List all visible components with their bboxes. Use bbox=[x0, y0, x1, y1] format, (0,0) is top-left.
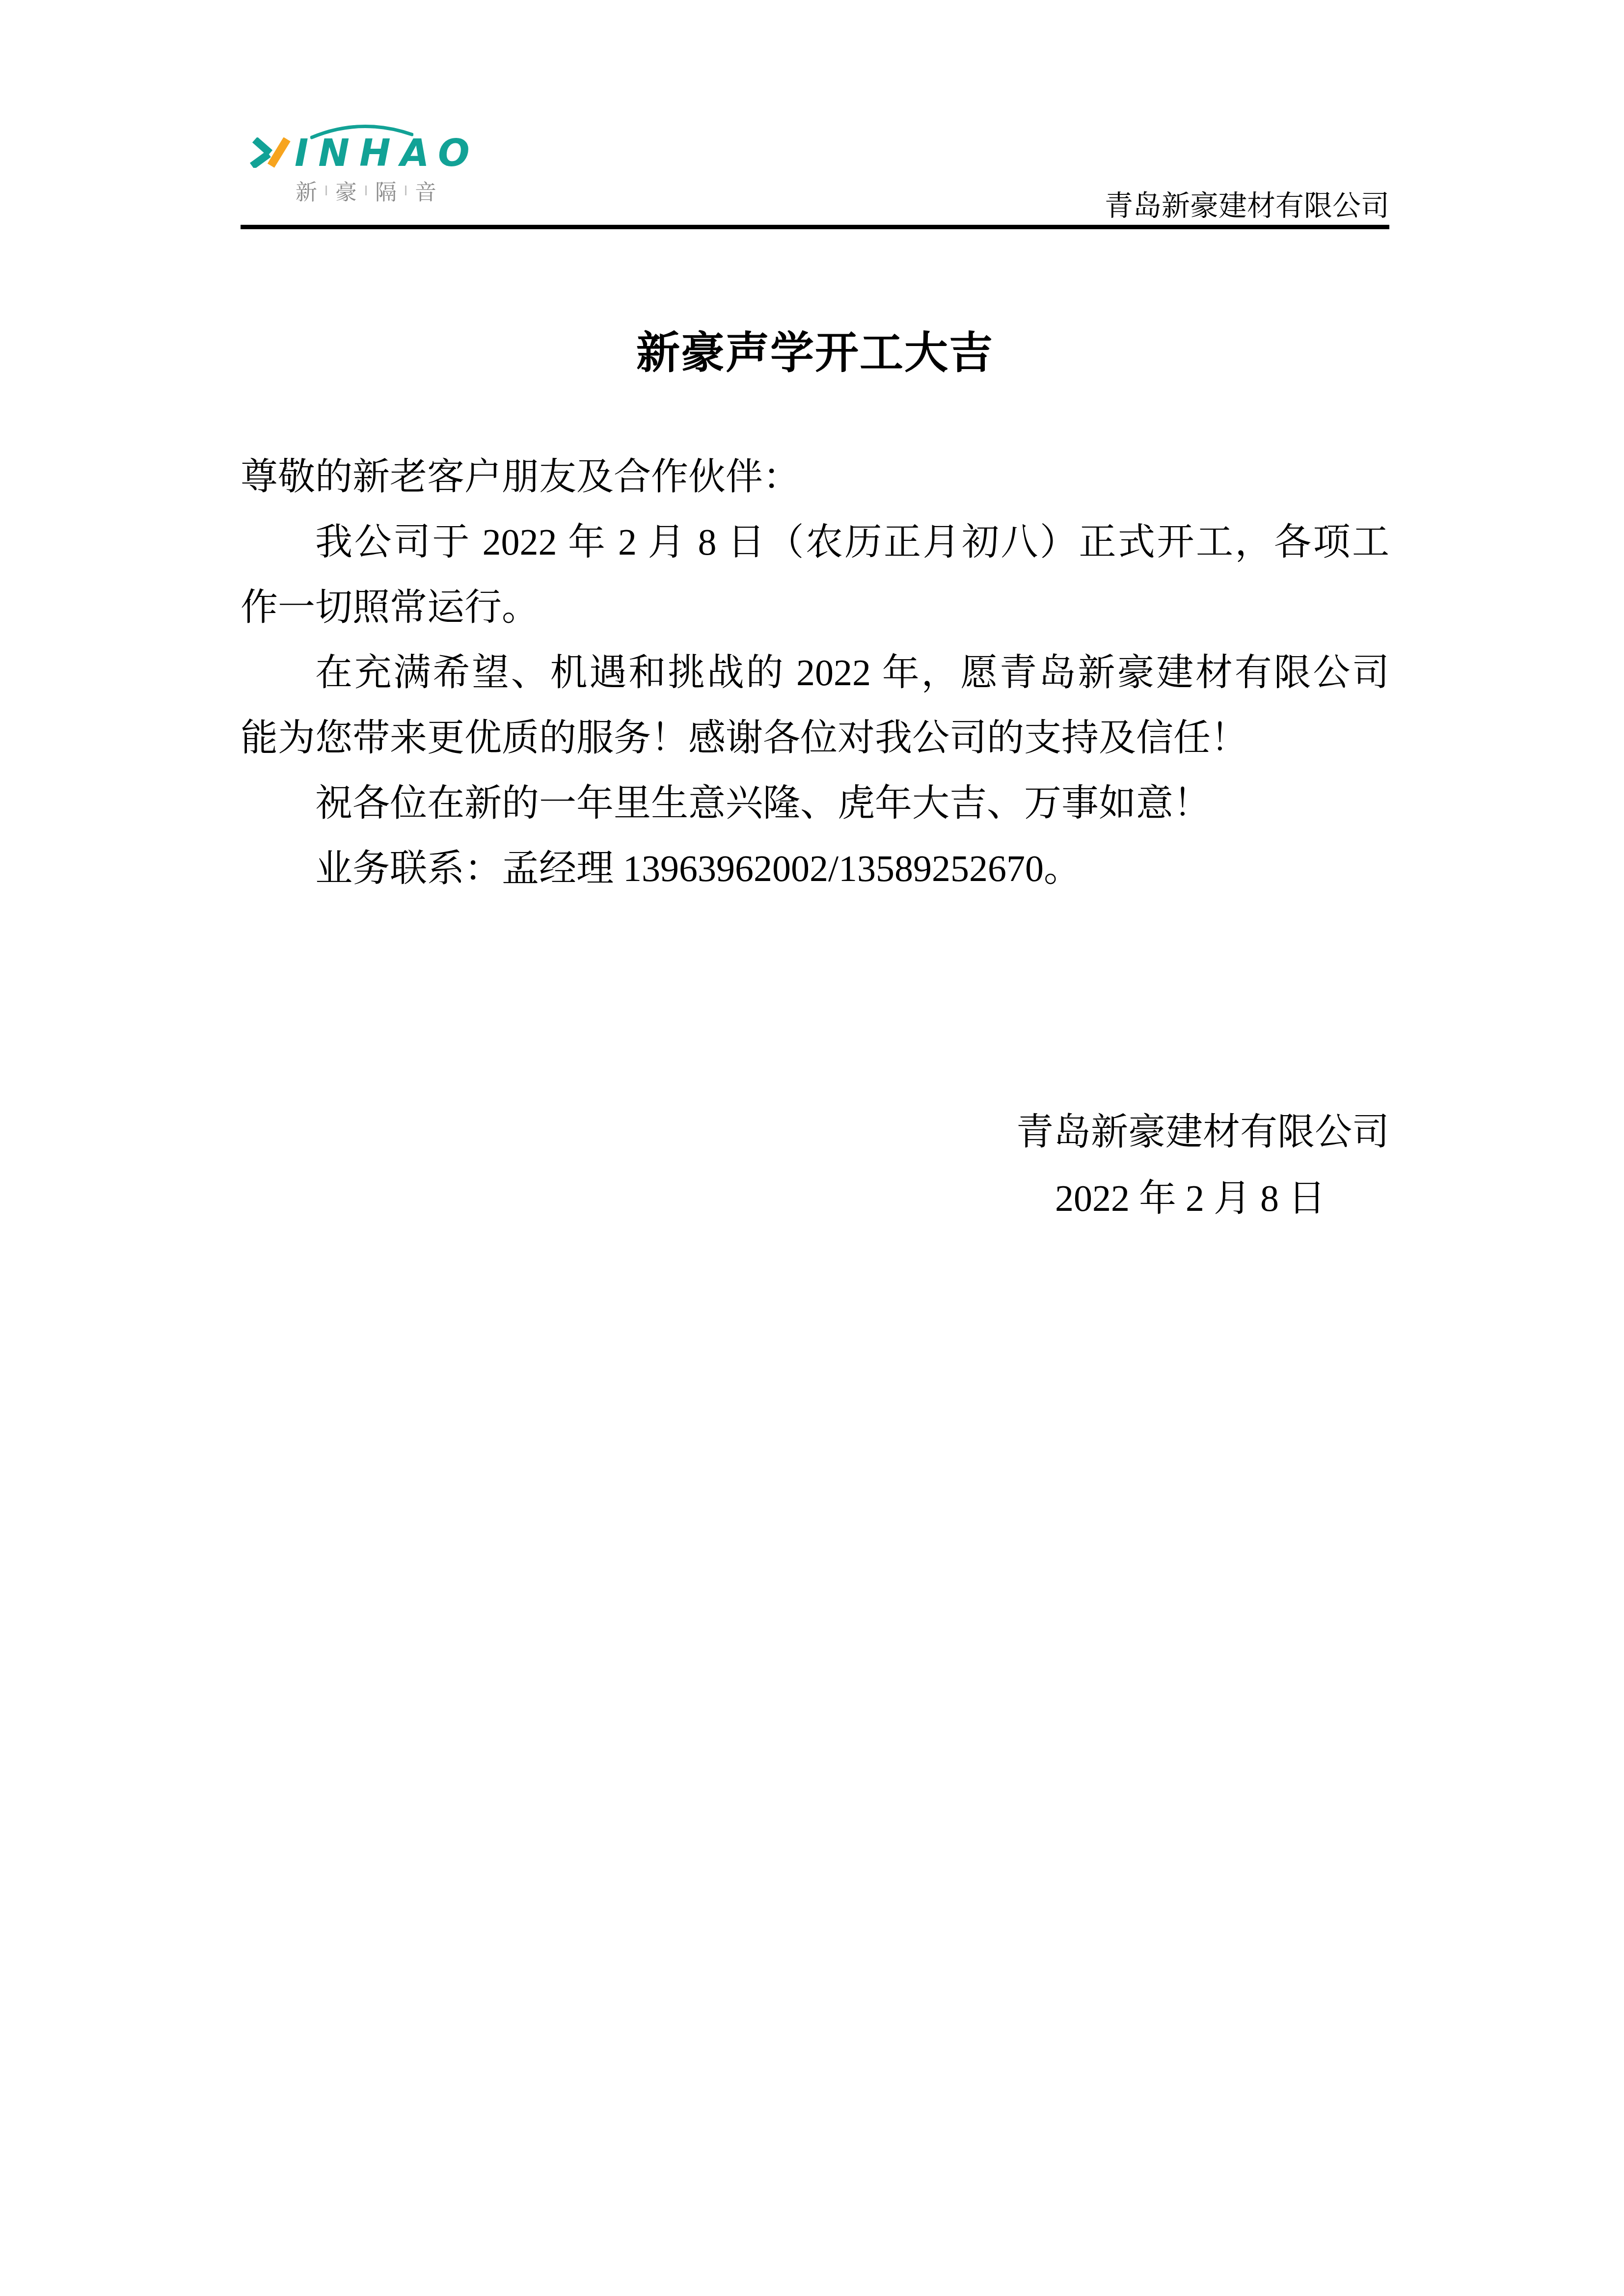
brand-x-icon bbox=[247, 137, 293, 168]
body-line: 我公司于 2022 年 2 月 8 日（农历正月初八）正式开工，各项工 bbox=[241, 510, 1389, 575]
body-line: 能为您带来更优质的服务！感谢各位对我公司的支持及信任！ bbox=[241, 706, 1389, 771]
body-line: 祝各位在新的一年里生意兴隆、虎年大吉、万事如意！ bbox=[241, 771, 1389, 836]
page-header: INHAO 新 豪 隔 音 青岛新豪建材有限公司 bbox=[241, 113, 1389, 229]
body-line: 在充满希望、机遇和挑战的 2022 年，愿青岛新豪建材有限公司 bbox=[241, 641, 1389, 706]
body-line: 业务联系：孟经理 13963962002/13589252670。 bbox=[241, 836, 1389, 902]
brand-text: INHAO bbox=[295, 138, 480, 168]
tagline-separator bbox=[325, 186, 327, 195]
tagline-char: 新 bbox=[296, 175, 317, 206]
tagline-char: 隔 bbox=[375, 175, 397, 206]
brand-wordmark: INHAO bbox=[247, 137, 480, 168]
tagline-separator bbox=[365, 186, 367, 195]
body-line: 作一切照常运行。 bbox=[241, 575, 1389, 641]
letter-body: 尊敬的新老客户朋友及合作伙伴： 我公司于 2022 年 2 月 8 日（农历正月… bbox=[241, 445, 1389, 902]
body-line: 尊敬的新老客户朋友及合作伙伴： bbox=[241, 445, 1389, 510]
signature-block: 青岛新豪建材有限公司 2022 年 2 月 8 日 bbox=[1016, 1100, 1389, 1231]
document-title: 新豪声学开工大吉 bbox=[241, 325, 1389, 382]
signature-company: 青岛新豪建材有限公司 bbox=[1016, 1100, 1389, 1165]
tagline-separator bbox=[405, 186, 406, 195]
tagline-char: 音 bbox=[415, 175, 436, 206]
xinhao-logo: INHAO 新 豪 隔 音 bbox=[247, 113, 483, 211]
tagline-char: 豪 bbox=[335, 175, 357, 206]
logo-tagline: 新 豪 隔 音 bbox=[296, 175, 436, 206]
document-page: INHAO 新 豪 隔 音 青岛新豪建材有限公司 新豪声学开工大吉 尊敬的新老客… bbox=[0, 0, 1624, 2296]
signature-date: 2022 年 2 月 8 日 bbox=[1016, 1166, 1326, 1231]
header-company-name: 青岛新豪建材有限公司 bbox=[1105, 190, 1389, 222]
